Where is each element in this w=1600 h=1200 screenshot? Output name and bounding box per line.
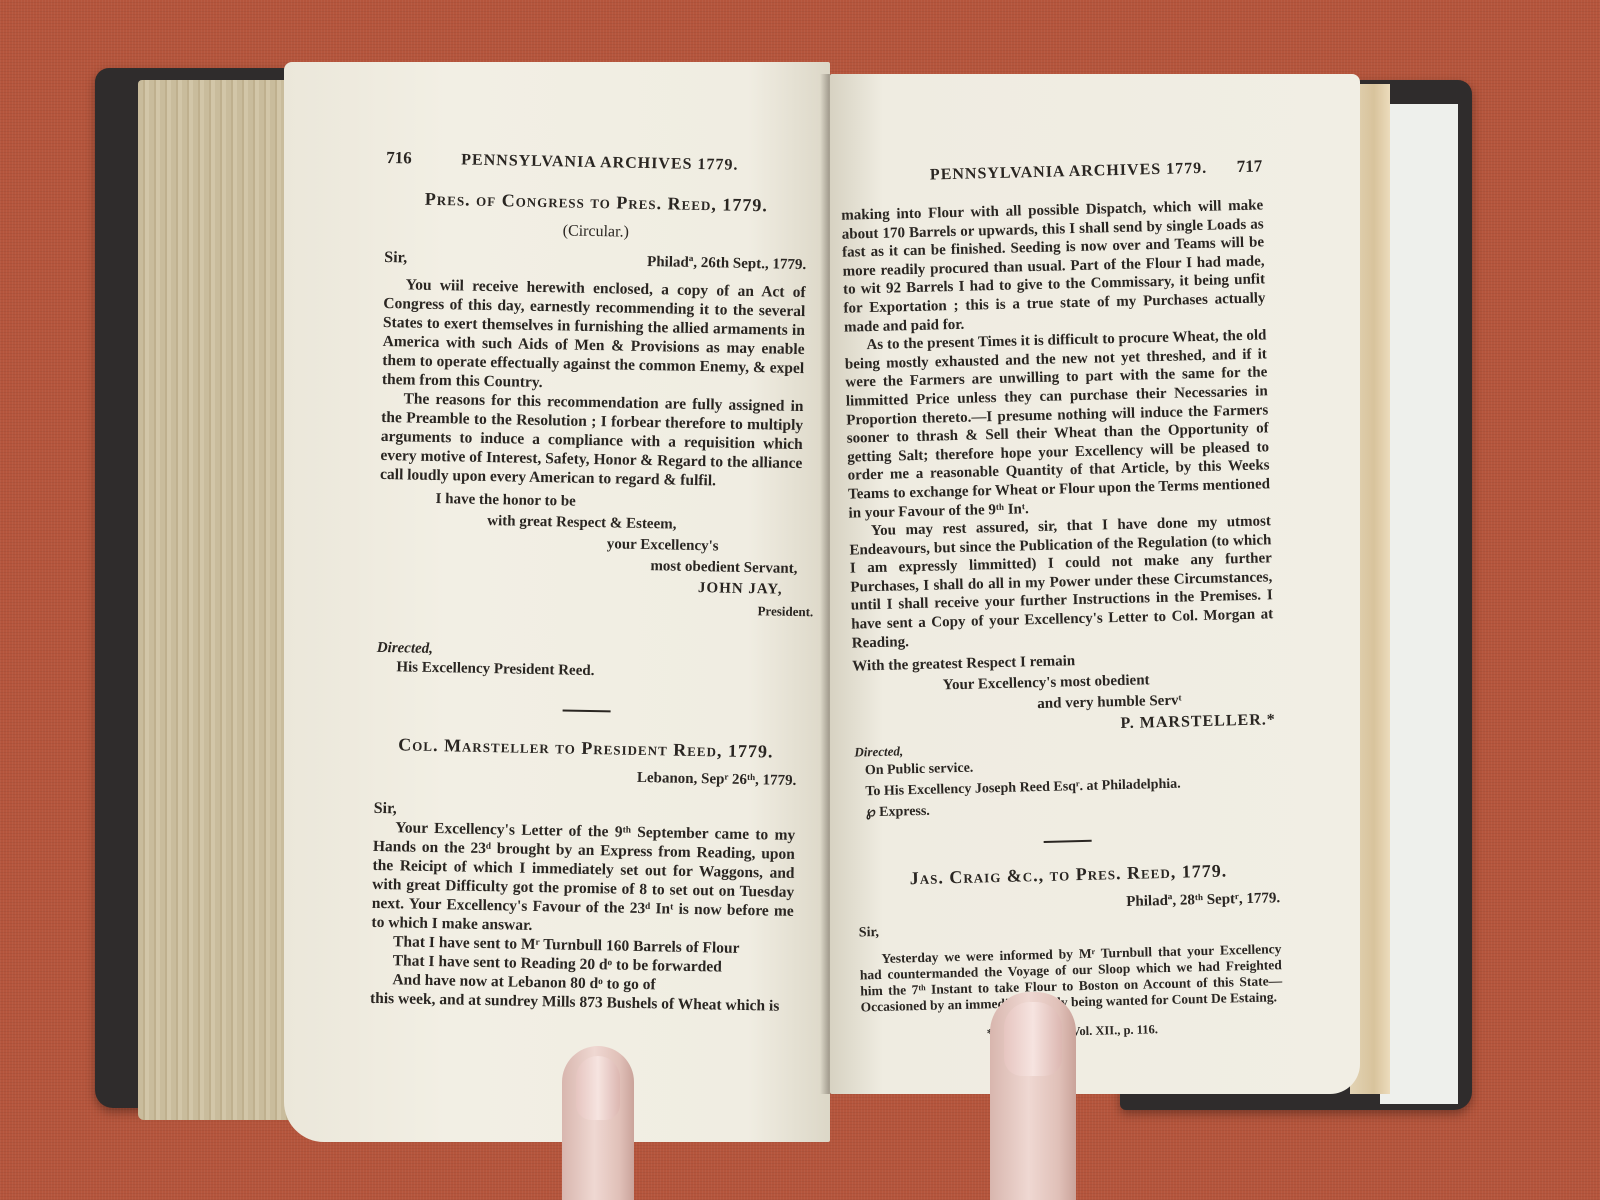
dateline: Philadª, 26th Sept., 1779. <box>647 254 806 275</box>
right-thumb <box>990 992 1076 1200</box>
left-page: 716 PENNSYLVANIA ARCHIVES 1779. Pres. of… <box>284 62 830 1142</box>
page-edges-left <box>138 80 290 1120</box>
closing: I have the honor to be with great Respec… <box>377 488 801 622</box>
salutation: Sir, <box>859 915 1281 941</box>
endpaper <box>1380 104 1458 1104</box>
paragraph: Your Excellency's Letter of the 9ᵗʰ Sept… <box>371 818 795 940</box>
paragraph: making into Flour with all possible Disp… <box>841 196 1266 336</box>
closing: With the greatest Respect I remain Your … <box>852 647 1276 741</box>
paragraph: The reasons for this recommendation are … <box>380 389 804 492</box>
paragraph: As to the present Times it is difficult … <box>844 327 1270 523</box>
letter-heading: Jas. Craig &c., to Pres. Reed, 1779. <box>857 859 1279 890</box>
right-page: PENNSYLVANIA ARCHIVES 1779. 717 making i… <box>830 74 1360 1094</box>
letter-subheading: (Circular.) <box>385 219 807 245</box>
running-head: 716 PENNSYLVANIA ARCHIVES 1779. <box>386 148 808 176</box>
running-title: PENNSYLVANIA ARCHIVES 1779. <box>930 160 1208 185</box>
dateline: Philadª, 28ᵗʰ Septʳ, 1779. <box>1126 890 1280 911</box>
salutation: Sir, <box>384 249 407 267</box>
section-divider <box>563 709 611 712</box>
section-divider <box>1044 840 1092 843</box>
paragraph: Yesterday we were informed by Mʳ Turnbul… <box>859 941 1282 1015</box>
paragraph: You wiil receive herewith enclosed, a co… <box>382 275 806 397</box>
running-title: PENNSYLVANIA ARCHIVES 1779. <box>461 151 739 174</box>
running-head: PENNSYLVANIA ARCHIVES 1779. 717 <box>840 156 1262 186</box>
letter-heading: Col. Marsteller to President Reed, 1779. <box>375 734 797 763</box>
page-number: 717 <box>1236 156 1262 177</box>
paragraph: You may rest assured, sir, that I have d… <box>849 512 1274 652</box>
dateline: Lebanon, Sepʳ 26ᵗʰ, 1779. <box>637 770 797 790</box>
dateline-row: Philadª, 28ᵗʰ Septʳ, 1779. <box>858 890 1280 917</box>
left-thumb <box>562 1046 634 1200</box>
dateline-row: Lebanon, Sepʳ 26ᵗʰ, 1779. <box>374 765 796 790</box>
letter-heading: Pres. of Congress to Pres. Reed, 1779. <box>385 188 807 217</box>
dateline-row: Sir, Philadª, 26th Sept., 1779. <box>384 249 806 275</box>
page-number: 716 <box>386 148 412 168</box>
address-block: On Public service. To His Excellency Jos… <box>855 750 1278 823</box>
